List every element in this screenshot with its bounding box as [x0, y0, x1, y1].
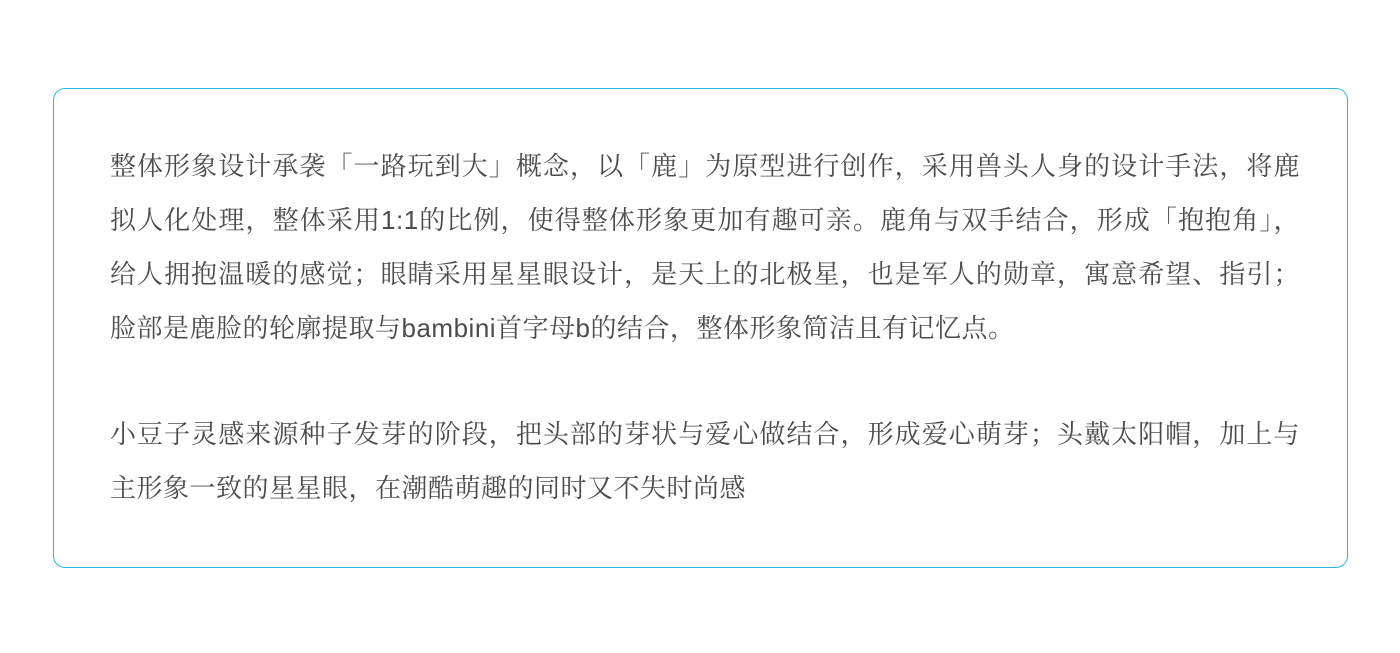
- main-character-description-paragraph: 整体形象设计承袭「一路玩到大」概念，以「鹿」为原型进行创作，采用兽头人身的设计手…: [110, 139, 1300, 355]
- design-description-card: 整体形象设计承袭「一路玩到大」概念，以「鹿」为原型进行创作，采用兽头人身的设计手…: [53, 88, 1348, 568]
- little-bean-description-paragraph: 小豆子灵感来源种子发芽的阶段，把头部的芽状与爱心做结合，形成爱心萌芽；头戴太阳帽…: [110, 407, 1300, 515]
- card-content: 整体形象设计承袭「一路玩到大」概念，以「鹿」为原型进行创作，采用兽头人身的设计手…: [54, 89, 1347, 515]
